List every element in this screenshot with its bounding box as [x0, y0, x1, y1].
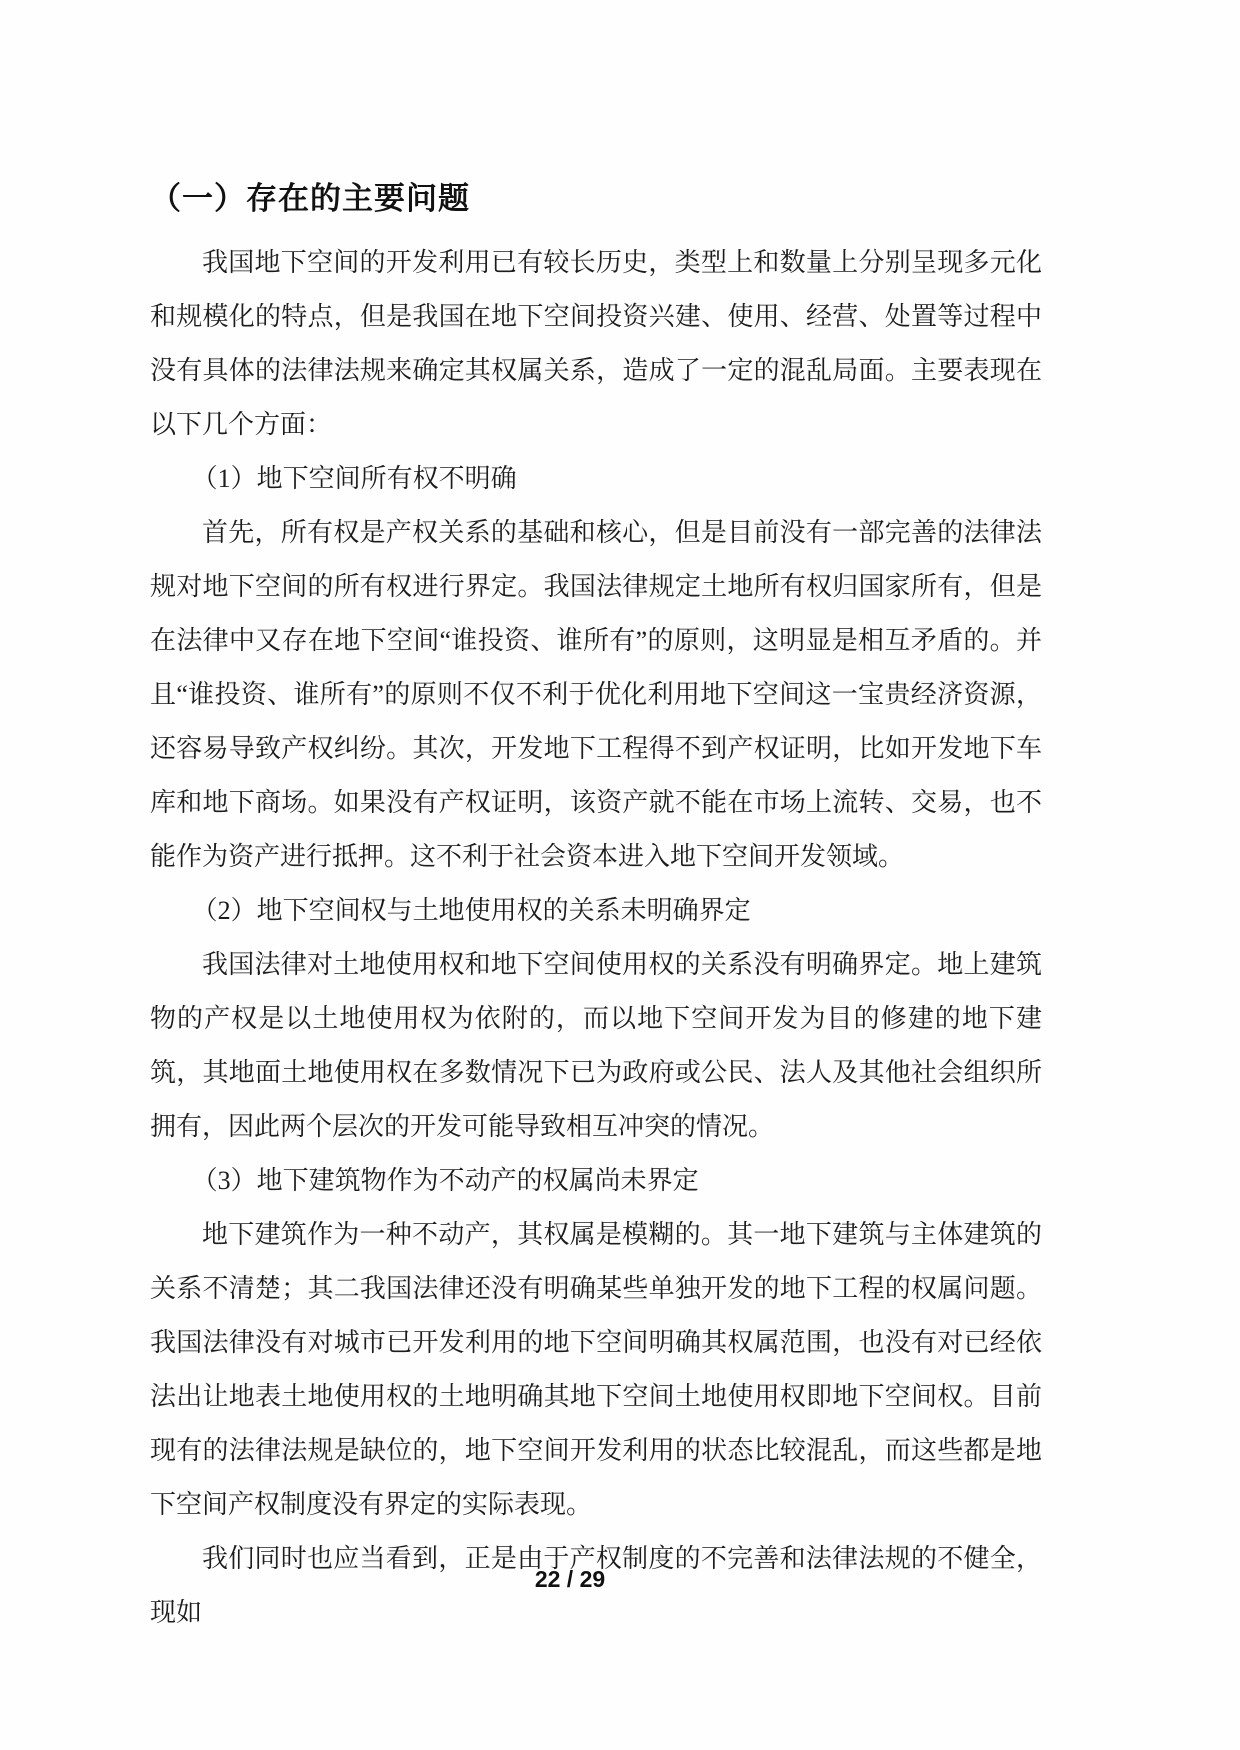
document-page: （一）存在的主要问题 我国地下空间的开发利用已有较长历史，类型上和数量上分别呈现…: [0, 0, 1240, 1750]
paragraph-ownership: 首先，所有权是产权关系的基础和核心，但是目前没有一部完善的法律法规对地下空间的所…: [150, 506, 1042, 884]
subsection-heading-1: （1）地下空间所有权不明确: [150, 452, 1042, 506]
page-number: 22 / 29: [150, 1566, 990, 1593]
subsection-heading-3: （3）地下建筑物作为不动产的权属尚未界定: [150, 1154, 1042, 1208]
subsection-heading-2: （2）地下空间权与土地使用权的关系未明确界定: [150, 884, 1042, 938]
page-content: （一）存在的主要问题 我国地下空间的开发利用已有较长历史，类型上和数量上分别呈现…: [150, 176, 1042, 1640]
section-heading: （一）存在的主要问题: [150, 176, 1042, 222]
paragraph-land-use-right: 我国法律对土地使用权和地下空间使用权的关系没有明确界定。地上建筑物的产权是以土地…: [150, 938, 1042, 1154]
paragraph-intro: 我国地下空间的开发利用已有较长历史，类型上和数量上分别呈现多元化和规模化的特点，…: [150, 236, 1042, 452]
paragraph-real-estate: 地下建筑作为一种不动产，其权属是模糊的。其一地下建筑与主体建筑的关系不清楚；其二…: [150, 1208, 1042, 1532]
